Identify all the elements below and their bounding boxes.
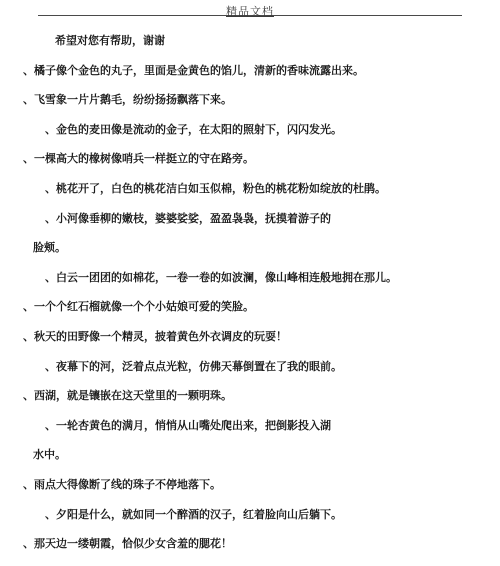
- sentence-line: 、一棵高大的橡树像哨兵一样挺立的守在路旁。: [0, 152, 500, 182]
- sentence-line: 、桃花开了，白色的桃花洁白如玉似棉，粉色的桃花粉如绽放的杜鹃。: [0, 182, 500, 212]
- sentence-line: 、飞雪象一片片鹅毛，纷纷扬扬飘落下来。: [0, 93, 500, 123]
- document-page: 精品文档 希望对您有帮助，谢谢 、橘子像个金色的丸子，里面是金黄色的馅儿，清新的…: [0, 0, 500, 566]
- sentence-line: 、一轮杏黄色的满月，悄悄从山嘴处爬出来，把倒影投入湖: [0, 419, 500, 449]
- sentence-line: 、秋天的田野像一个精灵，披着黄色外衣调皮的玩耍！: [0, 330, 500, 360]
- sentence-line: 、橘子像个金色的丸子，里面是金黄色的馅儿，清新的香味流露出来。: [0, 64, 500, 94]
- sentence-line: 、一个个红石榴就像一个个小姑娘可爱的笑脸。: [0, 300, 500, 330]
- sentence-line: 、白云一团团的如棉花，一卷一卷的如波澜，像山峰相连般地拥在那儿。: [0, 271, 500, 301]
- sentence-line: 、夕阳是什么，就如同一个醉酒的汉子，红着脸向山后躺下。: [0, 508, 500, 538]
- intro-line: 希望对您有帮助，谢谢: [0, 34, 500, 64]
- sentence-line: 、夜幕下的河，泛着点点光粒，仿佛天幕倒置在了我的眼前。: [0, 360, 500, 390]
- page-header-title: 精品文档: [0, 3, 500, 19]
- sentence-line: 水中。: [0, 448, 500, 478]
- sentence-line: 、那天边一缕朝霞，恰似少女含羞的腮花！: [0, 537, 500, 566]
- sentence-line: 、雨点大得像断了线的珠子不停地落下。: [0, 478, 500, 508]
- document-body: 希望对您有帮助，谢谢 、橘子像个金色的丸子，里面是金黄色的馅儿，清新的香味流露出…: [0, 34, 500, 566]
- sentence-line: 、西湖，就是镶嵌在这天堂里的一颗明珠。: [0, 389, 500, 419]
- sentence-line: 、金色的麦田像是流动的金子，在太阳的照射下，闪闪发光。: [0, 123, 500, 153]
- sentence-line: 脸颊。: [0, 241, 500, 271]
- sentence-line: 、小河像垂柳的嫩枝，婆婆娑娑，盈盈袅袅，抚摸着游子的: [0, 212, 500, 242]
